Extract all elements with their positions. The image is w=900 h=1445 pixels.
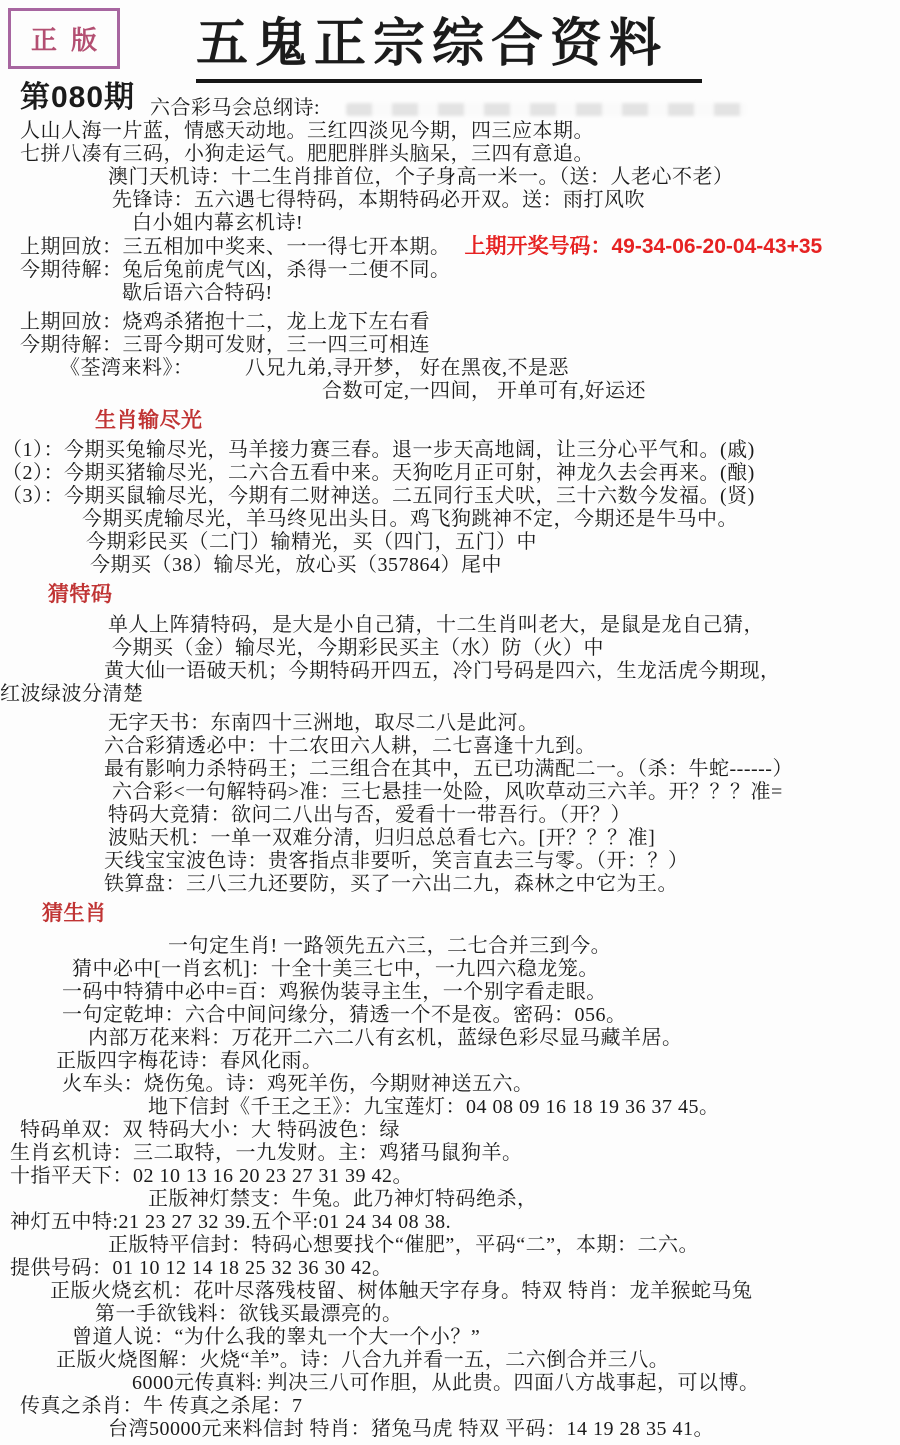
text-line: 6000元传真料: 判决三八可作胆，从此贵。四面八方战事起，可以博。 <box>0 1372 900 1395</box>
line-text: 特码大竞猜：欲问二八出与否，爱看十一带吾行。（开？） <box>108 804 631 826</box>
text-line: 今期买（金）输尽光，今期彩民买主（水）防（火）中 <box>0 637 900 660</box>
text-line: （1）：今期买兔输尽光，马羊接力赛三春。退一步天高地阔，让三分心平气和。(戚) <box>0 439 900 462</box>
text-line: 猜中必中[一肖玄机]：十全十美三七中，一九四六稳龙笼。 <box>0 958 900 981</box>
line-text: 猜生肖 <box>42 901 107 925</box>
text-line: 黄大仙一语破天机；今期特码开四五，冷门号码是四六，生龙活虎今期现， <box>0 660 900 683</box>
last-draw-label: 上期开奖号码： <box>465 235 612 258</box>
line-text: 特码单双：双 特码大小：大 特码波色：绿 <box>20 1119 400 1141</box>
line-text: 内部万花来料：万花开二六二八有玄机，蓝绿色彩尽显马藏羊居。 <box>88 1027 683 1049</box>
text-line: （3）：今期买鼠输尽光，今期有二财神送。二五同行玉犬吠，三十六数今发福。(贤) <box>0 485 900 508</box>
text-line: 今期待解：三哥今期可发财，三一四三可相连 <box>0 334 900 357</box>
text-line: 天线宝宝波色诗：贵客指点非要听，笑言直去三与零。（开：？） <box>0 850 900 873</box>
line-text: 今期彩民买（二门）输精光，买（四门，五门）中 <box>86 531 537 553</box>
issue-number: 第080期 <box>20 72 135 116</box>
line-text: 七拼八凑有三码，小狗走运气。肥肥胖胖头脑呆，三四有意追。 <box>20 143 594 165</box>
line-text: 曾道人说：“为什么我的睾丸一个大一个小？” <box>72 1326 480 1348</box>
line-text: 白小姐内幕玄机诗! <box>132 212 303 234</box>
line-text: 六合彩马会总纲诗: <box>150 97 320 119</box>
section-heading: 猜生肖 <box>0 900 900 927</box>
line-text: 6000元传真料: 判决三八可作胆，从此贵。四面八方战事起，可以博。 <box>132 1372 760 1394</box>
line-text: 火车头：烧伤兔。诗：鸡死羊伤，今期财神送五六。 <box>62 1073 534 1095</box>
text-line: 今期买（38）输尽光，放心买（357864）尾中 <box>0 554 900 577</box>
text-line: 神灯五中特:21 23 27 32 39.五个平:01 24 34 08 38. <box>0 1211 900 1234</box>
line-text: 六合彩<一句解特码>准：三七悬挂一处险，风吹草动三六羊。开？？？准= <box>112 781 783 803</box>
text-line: 地下信封《千王之王》：九宝莲灯：04 08 09 16 18 19 36 37 … <box>0 1096 900 1119</box>
text-line: 上期回放：烧鸡杀猪抱十二，龙上龙下左右看 <box>0 311 900 334</box>
text-line: 生肖玄机诗：三二取特，一九发财。主：鸡猪马鼠狗羊。 <box>0 1142 900 1165</box>
line-text: 六合彩猜透必中：十二农田六人耕，二七喜逢十九到。 <box>104 735 596 757</box>
last-draw-result: 上期开奖号码：49-34-06-20-04-43+35 <box>465 235 823 258</box>
line-text: 澳门天机诗：十二生肖排首位，个子身高一米一。（送：人老心不老） <box>108 166 734 188</box>
line-text: 上期回放：烧鸡杀猪抱十二，龙上龙下左右看 <box>20 311 430 333</box>
text-line: 无字天书：东南四十三洲地，取尽二八是此河。 <box>0 712 900 735</box>
text-line: 红波绿波分清楚 <box>0 683 900 706</box>
line-text: 今期买（金）输尽光，今期彩民买主（水）防（火）中 <box>112 637 604 659</box>
line-text: 地下信封《千王之王》：九宝莲灯：04 08 09 16 18 19 36 37 … <box>148 1096 720 1118</box>
line-text: 生肖玄机诗：三二取特，一九发财。主：鸡猪马鼠狗羊。 <box>10 1142 523 1164</box>
text-line: 火车头：烧伤兔。诗：鸡死羊伤，今期财神送五六。 <box>0 1073 900 1096</box>
text-line: 提供号码：01 10 12 14 18 25 32 36 30 42。 <box>0 1257 900 1280</box>
line-text: 正版特平信封：特码心想要找个“催肥”，平码“二”，本期：二六。 <box>108 1234 699 1256</box>
text-line: 正版四字梅花诗：春风化雨。 <box>0 1050 900 1073</box>
text-line: 最有影响力杀特码王；二三组合在其中，五已功满配二一。（杀：牛蛇------） <box>0 758 900 781</box>
line-text: 合数可定,一四间， 开单可有,好运还 <box>322 380 646 402</box>
text-line: （2）：今期买猪输尽光，二六合五看中来。天狗吃月正可射，神龙久去会再来。(酿) <box>0 462 900 485</box>
text-line: 人山人海一片蓝，情感天动地。三红四淡见今期，四三应本期。 <box>0 120 900 143</box>
text-line: 歇后语六合特码! <box>0 282 900 305</box>
text-line: 铁算盘：三八三九还要防，买了一六出二九，森林之中它为王。 <box>0 873 900 896</box>
line-text: 人山人海一片蓝，情感天动地。三红四淡见今期，四三应本期。 <box>20 120 594 142</box>
line-text: 铁算盘：三八三九还要防，买了一六出二九，森林之中它为王。 <box>104 873 678 895</box>
line-text: 正版神灯禁支：牛兔。此乃神灯特码绝杀， <box>148 1188 538 1210</box>
text-line: 单人上阵猜特码，是大是小自己猜，十二生肖叫老大，是鼠是龙自己猜， <box>0 614 900 637</box>
authenticity-badge: 正版 <box>8 8 120 69</box>
page-title: 五鬼正宗综合资料 <box>196 16 702 83</box>
line-text: 黄大仙一语破天机；今期特码开四五，冷门号码是四六，生龙活虎今期现， <box>104 660 781 682</box>
line-text: 正版火烧图解：火烧“羊”。诗：八合九并看一五，二六倒合并三八。 <box>56 1349 669 1371</box>
text-line: 正版特平信封：特码心想要找个“催肥”，平码“二”，本期：二六。 <box>0 1234 900 1257</box>
line-text: 天线宝宝波色诗：贵客指点非要听，笑言直去三与零。（开：？） <box>104 850 689 872</box>
text-line: 一码中特猜中必中=百：鸡猴伪装寻主生，一个别字看走眼。 <box>0 981 900 1004</box>
text-line: 一句定生肖! 一路领先五六三，二七合并三到今。 <box>0 935 900 958</box>
line-text: 十指平天下：02 10 13 16 20 23 27 31 39 42。 <box>10 1165 413 1187</box>
line-text: 上期回放：三五相加中奖来、一一得七开本期。 <box>20 236 451 258</box>
text-line: 传真之杀肖：牛 传真之杀尾：7 <box>0 1395 900 1418</box>
line-text: 正版四字梅花诗：春风化雨。 <box>56 1050 323 1072</box>
text-line: 六合彩<一句解特码>准：三七悬挂一处险，风吹草动三六羊。开？？？准= <box>0 781 900 804</box>
text-line: 白小姐内幕玄机诗! <box>0 212 900 235</box>
line-text: 今期待解：兔后兔前虎气凶，杀得一二便不同。 <box>20 259 451 281</box>
line-text: 先锋诗：五六遇七得特码，本期特码必开双。送：雨打风吹 <box>112 189 645 211</box>
line-text: 单人上阵猜特码，是大是小自己猜，十二生肖叫老大，是鼠是龙自己猜， <box>108 614 764 636</box>
text-line: 特码单双：双 特码大小：大 特码波色：绿 <box>0 1119 900 1142</box>
line-text: 生肖输尽光 <box>95 408 203 432</box>
line-text: 猜中必中[一肖玄机]：十全十美三七中，一九四六稳龙笼。 <box>72 958 599 980</box>
line-text: 一句定乾坤：六合中间问缘分，猜透一个不是夜。密码：056。 <box>62 1004 627 1026</box>
erased-text-smudge <box>346 103 746 116</box>
text-line: 十指平天下：02 10 13 16 20 23 27 31 39 42。 <box>0 1165 900 1188</box>
line-text: 波贴天机：一单一双难分清，归归总总看七六。[开？？？准] <box>108 827 655 849</box>
text-line: 六合彩猜透必中：十二农田六人耕，二七喜逢十九到。 <box>0 735 900 758</box>
line-text: 无字天书：东南四十三洲地，取尽二八是此河。 <box>108 712 539 734</box>
line-text: 神灯五中特:21 23 27 32 39.五个平:01 24 34 08 38. <box>10 1211 451 1233</box>
text-line: 曾道人说：“为什么我的睾丸一个大一个小？” <box>0 1326 900 1349</box>
line-text: 今期买虎输尽光，羊马终见出头日。鸡飞狗跳神不定，今期还是牛马中。 <box>82 508 738 530</box>
text-line: 第一手欲钱料：欲钱买最漂亮的。 <box>0 1303 900 1326</box>
section-heading: 生肖输尽光 <box>0 407 900 434</box>
text-line: 波贴天机：一单一双难分清，归归总总看七六。[开？？？准] <box>0 827 900 850</box>
line-text: 猜特码 <box>48 582 113 606</box>
text-line: 上期回放：三五相加中奖来、一一得七开本期。上期开奖号码：49-34-06-20-… <box>0 235 900 259</box>
text-line: 今期彩民买（二门）输精光，买（四门，五门）中 <box>0 531 900 554</box>
text-line: 今期买虎输尽光，羊马终见出头日。鸡飞狗跳神不定，今期还是牛马中。 <box>0 508 900 531</box>
text-line: 合数可定,一四间， 开单可有,好运还 <box>0 380 900 403</box>
line-text: 红波绿波分清楚 <box>0 683 144 705</box>
text-line: 七拼八凑有三码，小狗走运气。肥肥胖胖头脑呆，三四有意追。 <box>0 143 900 166</box>
text-line: 正版神灯禁支：牛兔。此乃神灯特码绝杀， <box>0 1188 900 1211</box>
line-text: 传真之杀肖：牛 传真之杀尾：7 <box>20 1395 303 1417</box>
line-text: 提供号码：01 10 12 14 18 25 32 36 30 42。 <box>10 1257 393 1279</box>
line-text: 正版火烧玄机：花叶尽落残枝留、树体触天字存身。特双 特肖：龙羊猴蛇马兔 <box>50 1280 753 1302</box>
text-line: 今期待解：兔后兔前虎气凶，杀得一二便不同。 <box>0 259 900 282</box>
line-text: （1）：今期买兔输尽光，马羊接力赛三春。退一步天高地阔，让三分心平气和。(戚) <box>2 439 755 461</box>
line-text: 《荃湾来料》： 八兄九弟,寻开梦， 好在黑夜,不是恶 <box>60 357 569 379</box>
line-text: 今期待解：三哥今期可发财，三一四三可相连 <box>20 334 430 356</box>
text-line: 澳门天机诗：十二生肖排首位，个子身高一米一。（送：人老心不老） <box>0 166 900 189</box>
document-body: 六合彩马会总纲诗:人山人海一片蓝，情感天动地。三红四淡见今期，四三应本期。七拼八… <box>0 83 900 1441</box>
line-text: 一句定生肖! 一路领先五六三，二七合并三到今。 <box>168 935 611 957</box>
line-text: 最有影响力杀特码王；二三组合在其中，五已功满配二一。（杀：牛蛇------） <box>104 758 793 780</box>
line-text: 台湾50000元来料信封 特肖：猪兔马虎 特双 平码：14 19 28 35 4… <box>108 1418 714 1440</box>
text-line: 《荃湾来料》： 八兄九弟,寻开梦， 好在黑夜,不是恶 <box>0 357 900 380</box>
text-line: 一句定乾坤：六合中间问缘分，猜透一个不是夜。密码：056。 <box>0 1004 900 1027</box>
line-text: 一码中特猜中必中=百：鸡猴伪装寻主生，一个别字看走眼。 <box>62 981 607 1003</box>
line-text: 第一手欲钱料：欲钱买最漂亮的。 <box>95 1303 403 1325</box>
line-text: 歇后语六合特码! <box>122 282 273 304</box>
last-draw-numbers: 49-34-06-20-04-43+35 <box>612 235 823 258</box>
section-heading: 猜特码 <box>0 581 900 608</box>
text-line: 台湾50000元来料信封 特肖：猪兔马虎 特双 平码：14 19 28 35 4… <box>0 1418 900 1441</box>
line-text: 今期买（38）输尽光，放心买（357864）尾中 <box>90 554 502 576</box>
text-line: 正版火烧玄机：花叶尽落残枝留、树体触天字存身。特双 特肖：龙羊猴蛇马兔 <box>0 1280 900 1303</box>
line-text: （2）：今期买猪输尽光，二六合五看中来。天狗吃月正可射，神龙久去会再来。(酿) <box>2 462 755 484</box>
text-line: 特码大竞猜：欲问二八出与否，爱看十一带吾行。（开？） <box>0 804 900 827</box>
text-line: 正版火烧图解：火烧“羊”。诗：八合九并看一五，二六倒合并三八。 <box>0 1349 900 1372</box>
line-text: （3）：今期买鼠输尽光，今期有二财神送。二五同行玉犬吠，三十六数今发福。(贤) <box>2 485 755 507</box>
text-line: 内部万花来料：万花开二六二八有玄机，蓝绿色彩尽显马藏羊居。 <box>0 1027 900 1050</box>
text-line: 先锋诗：五六遇七得特码，本期特码必开双。送：雨打风吹 <box>0 189 900 212</box>
